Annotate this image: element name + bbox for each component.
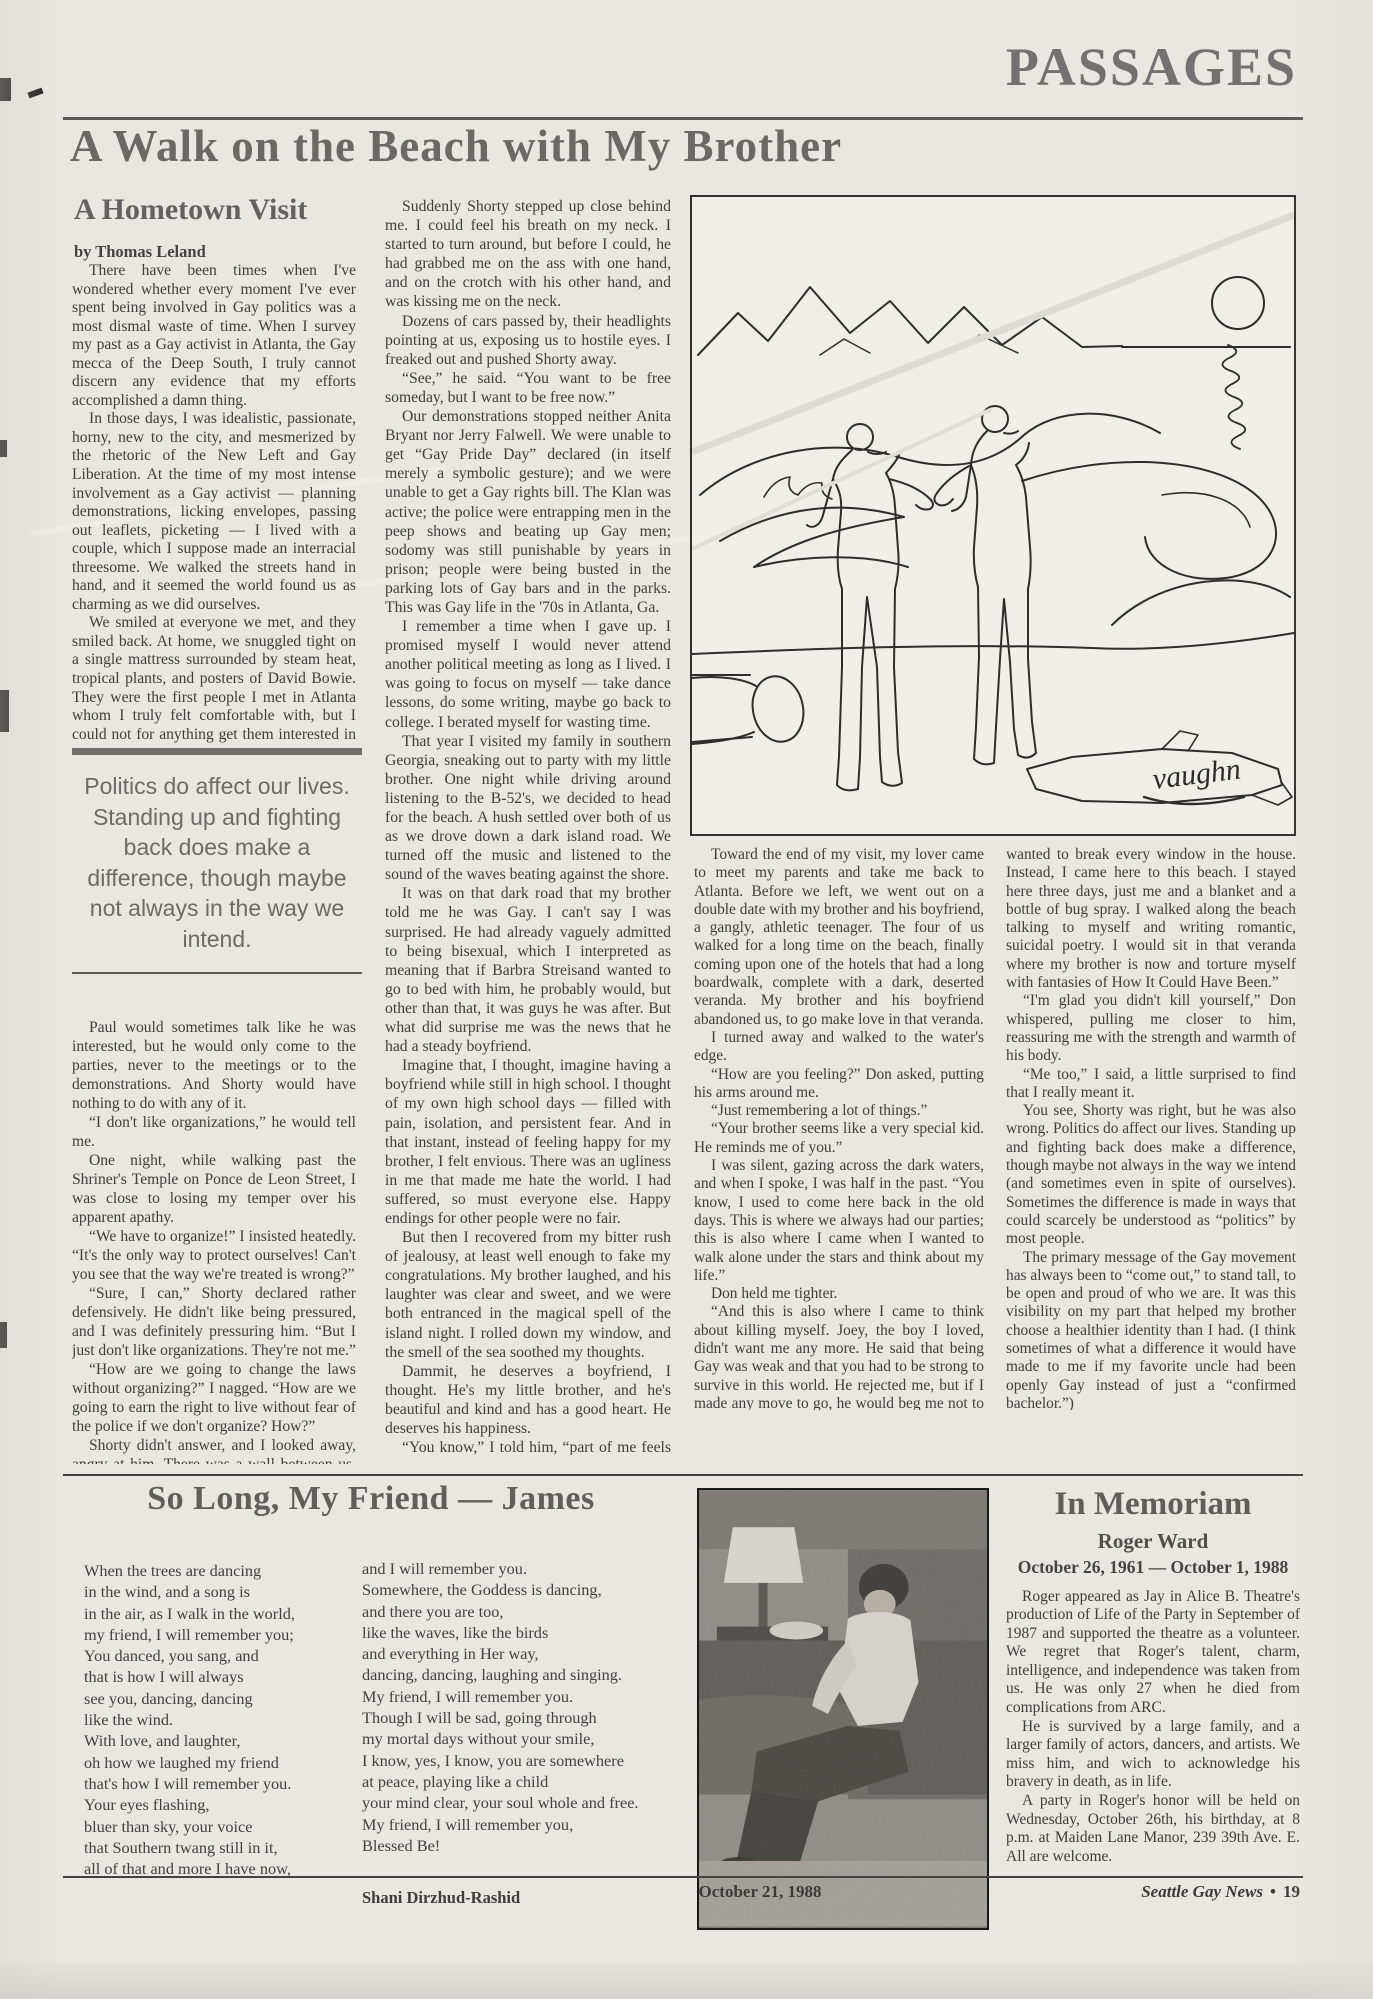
paragraph: “See,” he said. “You want to be free som… bbox=[385, 369, 671, 407]
section-divider-rule bbox=[63, 1474, 1303, 1476]
paragraph: Roger appeared as Jay in Alice B. Theatr… bbox=[1006, 1588, 1300, 1718]
paragraph: Imagine that, I thought, imagine having … bbox=[385, 1056, 671, 1228]
paragraph: Paul would sometimes talk like he was in… bbox=[72, 1018, 356, 1113]
paragraph: Our demonstrations stopped neither Anita… bbox=[385, 407, 671, 617]
in-memoriam-title: In Memoriam bbox=[1006, 1488, 1300, 1521]
footer-paper-page: Seattle Gay News•19 bbox=[1141, 1882, 1300, 1902]
paragraph: Shorty didn't answer, and I looked away,… bbox=[72, 1436, 356, 1464]
scan-edge-mark bbox=[27, 88, 43, 99]
paragraph: But then I recovered from my bitter rush… bbox=[385, 1228, 671, 1362]
article-column-4: wanted to break every window in the hous… bbox=[1006, 846, 1296, 1410]
newspaper-page: PASSAGES A Walk on the Beach with My Bro… bbox=[0, 0, 1373, 1999]
masthead: PASSAGES bbox=[1006, 40, 1297, 94]
paragraph: That year I visited my family in souther… bbox=[385, 732, 671, 885]
paragraph: “And this is also where I came to think … bbox=[694, 1303, 984, 1410]
scan-edge-mark bbox=[0, 78, 11, 101]
paragraph: He is survived by a large family, and a … bbox=[1006, 1718, 1300, 1792]
paragraph: “We have to organize!” I insisted heated… bbox=[72, 1227, 356, 1284]
article-column-1-lower: Paul would sometimes talk like he was in… bbox=[72, 1018, 356, 1464]
paragraph: “You know,” I told him, “part of me feel… bbox=[385, 1438, 671, 1455]
footer-paper-name: Seattle Gay News bbox=[1141, 1882, 1263, 1901]
poem-title: So Long, My Friend — James bbox=[88, 1482, 654, 1516]
poem-column-2: and I will remember you. Somewhere, the … bbox=[362, 1558, 666, 1856]
paragraph: “Your brother seems like a very special … bbox=[694, 1120, 984, 1157]
paragraph: Toward the end of my visit, my lover cam… bbox=[694, 846, 984, 1029]
article-column-1-upper: There have been times when I've wondered… bbox=[72, 262, 356, 746]
footer-rule bbox=[63, 1876, 1303, 1878]
paragraph: A party in Roger's honor will be held on… bbox=[1006, 1792, 1300, 1866]
in-memoriam-section: In Memoriam Roger Ward October 26, 1961 … bbox=[1006, 1488, 1300, 1866]
in-memoriam-name: Roger Ward bbox=[1006, 1531, 1300, 1552]
article-byline: by Thomas Leland bbox=[74, 242, 206, 262]
paragraph: Suddenly Shorty stepped up close behind … bbox=[385, 197, 671, 312]
paragraph: You see, Shorty was right, but he was al… bbox=[1006, 1102, 1296, 1248]
scan-edge-mark bbox=[0, 1322, 7, 1348]
paragraph: “How are you feeling?” Don asked, puttin… bbox=[694, 1066, 984, 1103]
article-column-3: Toward the end of my visit, my lover cam… bbox=[694, 846, 984, 1410]
paragraph: It was on that dark road that my brother… bbox=[385, 884, 671, 1056]
footer-date: October 21, 1988 bbox=[640, 1882, 880, 1902]
in-memoriam-dates: October 26, 1961 — October 1, 1988 bbox=[1006, 1559, 1300, 1577]
pull-quote-top-rule bbox=[72, 748, 362, 755]
beach-illustration-canvas: vaughn bbox=[692, 197, 1294, 834]
paragraph: “How are we going to change the laws wit… bbox=[72, 1360, 356, 1436]
paragraph: Don held me tighter. bbox=[694, 1285, 984, 1303]
pull-quote-bottom-rule bbox=[72, 972, 362, 974]
paragraph: I was silent, gazing across the dark wat… bbox=[694, 1157, 984, 1285]
paragraph: I turned away and walked to the water's … bbox=[694, 1029, 984, 1066]
footer-page-number: 19 bbox=[1283, 1882, 1300, 1901]
poem-author: Shani Dirzhud-Rashid bbox=[362, 1888, 520, 1908]
masthead-rule bbox=[63, 117, 1303, 120]
paragraph: In those days, I was idealistic, passion… bbox=[72, 410, 356, 614]
beach-line-drawing: vaughn bbox=[690, 195, 1296, 836]
paragraph: We smiled at everyone we met, and they s… bbox=[72, 614, 356, 746]
pull-quote-text: Politics do affect our lives. Standing u… bbox=[72, 755, 362, 964]
paragraph: “Me too,” I said, a little surprised to … bbox=[1006, 1066, 1296, 1103]
article-column-2: Suddenly Shorty stepped up close behind … bbox=[385, 197, 671, 1455]
illustrator-signature: vaughn bbox=[1151, 752, 1243, 796]
paragraph: “I'm glad you didn't kill yourself,” Don… bbox=[1006, 992, 1296, 1065]
paragraph: “Just remembering a lot of things.” bbox=[694, 1102, 984, 1120]
paragraph: “I don't like organizations,” he would t… bbox=[72, 1113, 356, 1151]
paragraph: I remember a time when I gave up. I prom… bbox=[385, 617, 671, 732]
paragraph: One night, while walking past the Shrine… bbox=[72, 1151, 356, 1227]
footer-bullet: • bbox=[1270, 1882, 1276, 1901]
paragraph: wanted to break every window in the hous… bbox=[1006, 846, 1296, 992]
memorial-photo-image bbox=[699, 1490, 987, 1928]
memorial-photo bbox=[697, 1488, 989, 1930]
poem-column-1: When the trees are dancing in the wind, … bbox=[84, 1560, 358, 1879]
article-headline: A Walk on the Beach with My Brother bbox=[70, 124, 842, 169]
scan-bottom-shadow bbox=[0, 1962, 1373, 1999]
paragraph: Dozens of cars passed by, their headligh… bbox=[385, 312, 671, 369]
paragraph: There have been times when I've wondered… bbox=[72, 262, 356, 410]
paragraph: Dammit, he deserves a boyfriend, I thoug… bbox=[385, 1362, 671, 1438]
paragraph: The primary message of the Gay movement … bbox=[1006, 1249, 1296, 1410]
paragraph: “Sure, I can,” Shorty declared rather de… bbox=[72, 1284, 356, 1360]
pull-quote: Politics do affect our lives. Standing u… bbox=[72, 748, 362, 974]
scan-edge-mark bbox=[0, 690, 9, 732]
scan-edge-mark bbox=[0, 440, 7, 457]
article-subhead: A Hometown Visit bbox=[74, 195, 307, 225]
